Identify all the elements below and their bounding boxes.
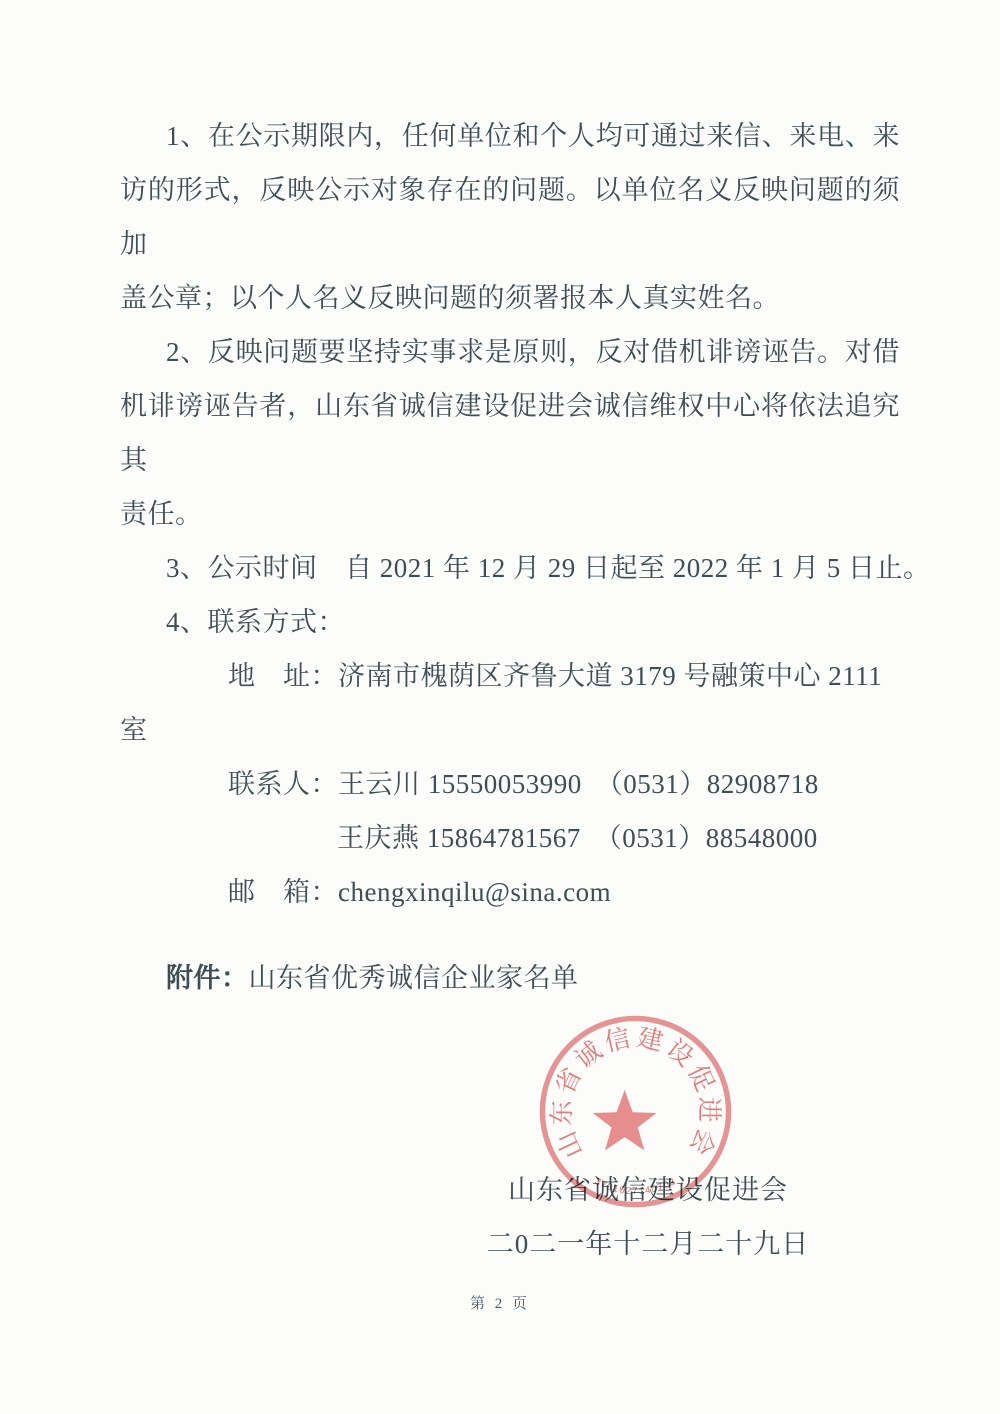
signature-date: 二0二一年十二月二十九日: [448, 1217, 848, 1271]
paragraph-2: 2、反映问题要坚持实事求是原则，反对借机诽谤诬告。对借 机诽谤诬告者，山东省诚信…: [120, 325, 900, 541]
item-4-contact-heading: 4、联系方式：: [120, 595, 900, 649]
paragraph-2-line-2: 机诽谤诬告者，山东省诚信建设促进会诚信维权中心将依法追究其: [120, 379, 900, 487]
item-3-publicity-period: 3、公示时间 自 2021 年 12 月 29 日起至 2022 年 1 月 5…: [120, 541, 900, 595]
signature-organization: 山东省诚信建设促进会: [448, 1163, 848, 1217]
contact-block: 地 址：济南市槐荫区齐鲁大道 3179 号融策中心 2111 室 联系人：王云川…: [120, 649, 900, 919]
address-line-2: 室: [120, 703, 900, 757]
contact-person-line-2: 王庆燕 15864781567 （0531）88548000: [120, 811, 900, 865]
attachment-label: 附件：: [166, 963, 249, 993]
signature-block: 山东省诚信建设促进会 二0二一年十二月二十九日: [448, 1163, 848, 1271]
page-footer: 第 2 页: [0, 1292, 1000, 1313]
paragraph-2-line-1: 2、反映问题要坚持实事求是原则，反对借机诽谤诬告。对借: [120, 325, 900, 379]
attachment-line: 附件：山东省优秀诚信企业家名单: [120, 951, 900, 1005]
contact-person-line-1: 联系人：王云川 15550053990 （0531）82908718: [120, 757, 900, 811]
paragraph-1-line-2: 访的形式，反映公示对象存在的问题。以单位名义反映问题的须加: [120, 163, 900, 271]
attachment-text: 山东省优秀诚信企业家名单: [249, 963, 579, 993]
email-line: 邮 箱：chengxinqilu@sina.com: [120, 865, 900, 919]
page-number-label: 第 2 页: [470, 1296, 530, 1312]
document-body: 1、在公示期限内，任何单位和个人均可通过来信、来电、来 访的形式，反映公示对象存…: [0, 0, 1000, 1271]
paragraph-1: 1、在公示期限内，任何单位和个人均可通过来信、来电、来 访的形式，反映公示对象存…: [120, 109, 900, 325]
paragraph-1-line-3: 盖公章；以个人名义反映问题的须署报本人真实姓名。: [120, 271, 900, 325]
paragraph-2-line-3: 责任。: [120, 487, 900, 541]
document-page: 1、在公示期限内，任何单位和个人均可通过来信、来电、来 访的形式，反映公示对象存…: [0, 0, 1000, 1414]
address-line-1: 地 址：济南市槐荫区齐鲁大道 3179 号融策中心 2111: [120, 649, 900, 703]
paragraph-1-line-1: 1、在公示期限内，任何单位和个人均可通过来信、来电、来: [120, 109, 900, 163]
